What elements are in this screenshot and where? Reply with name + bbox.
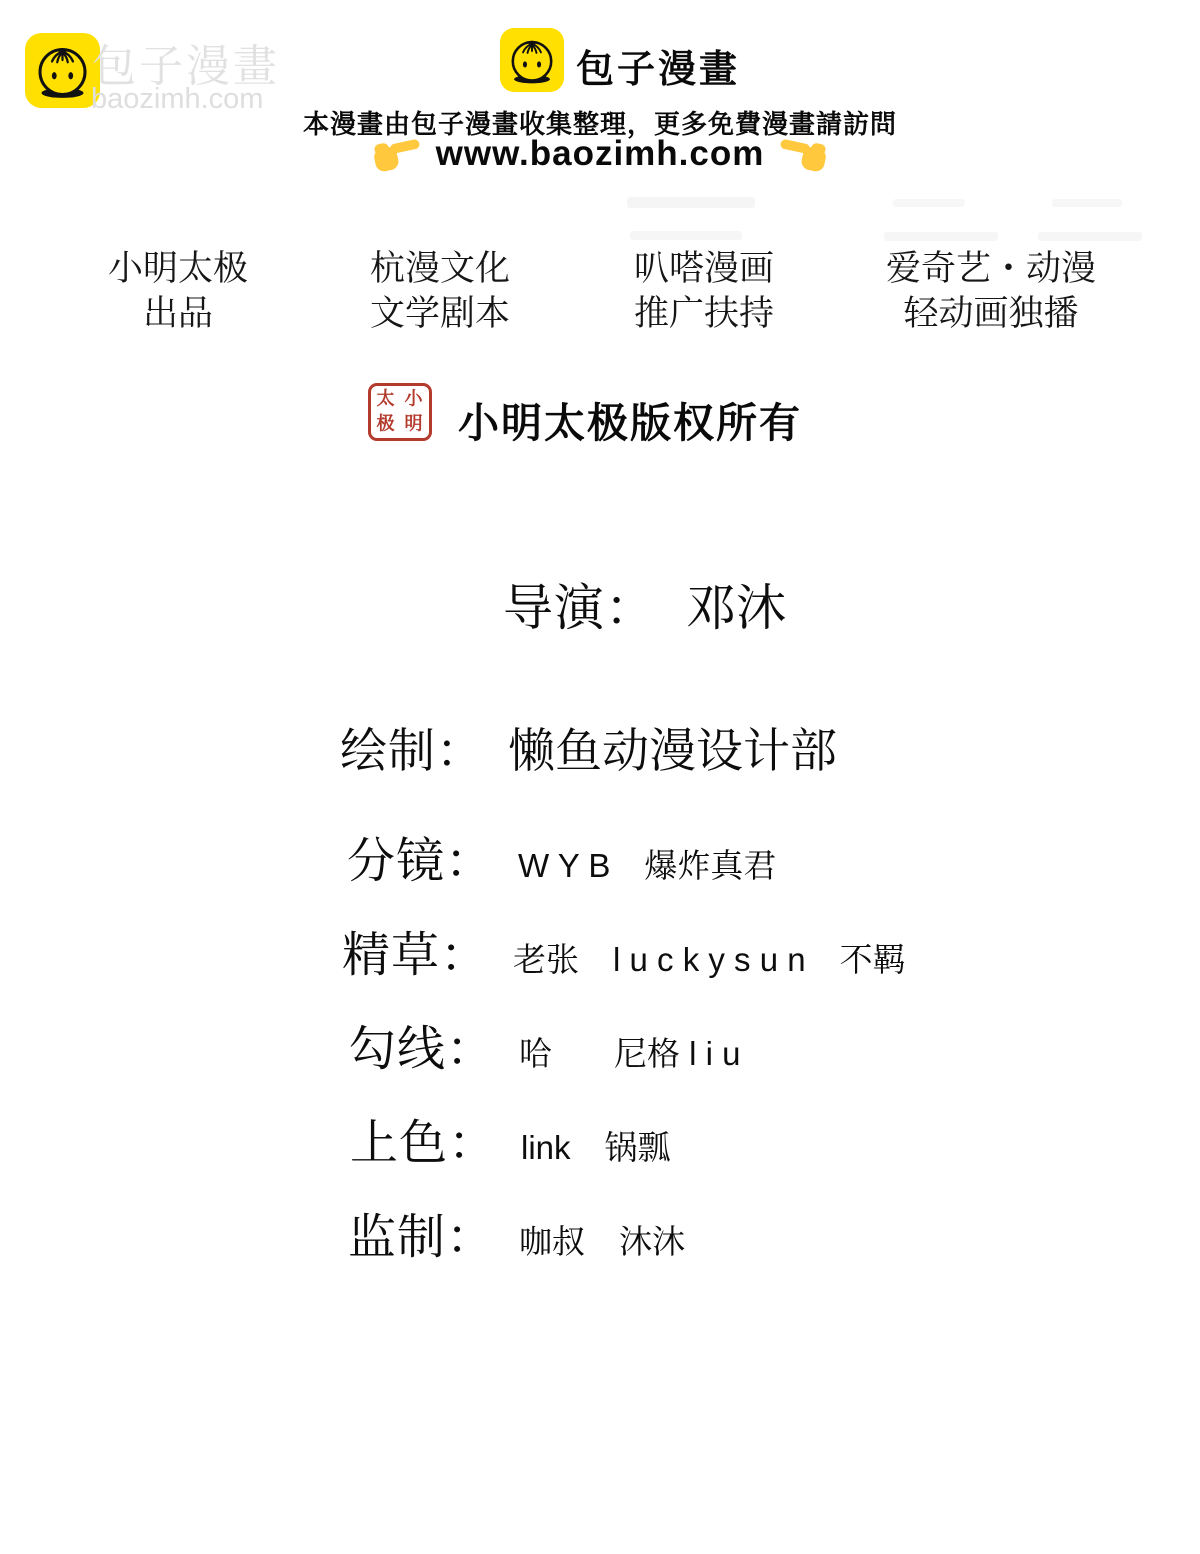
credit-names: 邓沐 [686,568,786,640]
partner-role: 出品 [108,291,248,336]
partner-name: 杭漫文化 [370,246,510,291]
credit-names: 懒鱼动漫设计部 [508,714,837,781]
credit-names: 咖叔沐沐 [519,1216,685,1263]
partner-hangman-culture: 杭漫文化 文学剧本 [370,246,510,336]
partner-name: 叭嗒漫画 [634,246,774,291]
seal-char: 极 [377,415,395,433]
credit-name: link [521,1129,571,1167]
credit-label: 勾线： [348,1010,495,1079]
credit-label: 精草： [342,916,489,985]
partner-role: 推广扶持 [634,291,774,336]
credit-row-coloring: 上色： link锅瓢 [350,1104,671,1173]
credit-names: 老张l u c k y s u n不羁 [513,934,906,981]
credit-name: 尼格 l i u [614,1028,741,1075]
seal-char: 小 [405,390,423,408]
partner-iqiyi-anime: 爱奇艺・动漫 轻动画独播 [886,246,1096,336]
baozi-logo-icon [500,28,564,92]
site-url-row: www.baozimh.com [0,134,1200,174]
pointing-left-icon [775,132,831,176]
watermark-remnant [884,232,998,241]
site-url: www.baozimh.com [436,134,765,174]
credit-name: 不羁 [840,934,906,981]
watermark-remnant [1038,232,1142,241]
copyright-statement: 小明太极版权所有 [458,390,802,449]
partner-name: 爱奇艺・动漫 [886,246,1096,291]
credit-row-director: 导演： 邓沐 [503,568,786,640]
credit-label: 绘制： [340,714,484,781]
credit-name: 懒鱼动漫设计部 [508,714,837,781]
credit-label: 上色： [350,1104,497,1173]
credit-row-supervisor: 监制： 咖叔沐沐 [348,1198,685,1267]
watermark-remnant [893,199,965,207]
watermark-remnant [630,231,742,240]
credit-name: 老张 [513,934,579,981]
comic-credits-page: 包子漫畫 baozimh.com 包子漫畫 本漫畫由包子漫畫收集整理，更多免費漫… [0,0,1200,1554]
credit-name: 锅瓢 [605,1122,671,1169]
credit-name: 爆炸真君 [644,840,776,887]
partner-xiaoming-taiji: 小明太极 出品 [108,246,248,336]
watermark-remnant [627,197,755,208]
credit-row-storyboard: 分镜： W Y B爆炸真君 [347,822,776,891]
credit-label: 监制： [348,1198,495,1267]
baozi-logo-icon [25,33,100,108]
seal-char: 太 [377,390,395,408]
credit-name: l u c k y s u n [613,941,806,979]
credit-name: W Y B [518,847,610,885]
credit-row-art: 绘制： 懒鱼动漫设计部 [340,714,837,781]
credit-label: 导演： [503,568,656,640]
pointing-right-icon [369,132,425,176]
credit-name: 邓沐 [686,568,786,640]
credit-label: 分镜： [347,822,494,891]
partner-name: 小明太极 [108,246,248,291]
credit-row-rough-draft: 精草： 老张l u c k y s u n不羁 [342,916,906,985]
credit-names: W Y B爆炸真君 [518,840,776,887]
partner-role: 文学剧本 [370,291,510,336]
partner-role: 轻动画独播 [886,291,1096,336]
credit-name: 沐沐 [619,1216,685,1263]
seal-char: 明 [405,415,423,433]
credit-names: 哈尼格 l i u [519,1028,741,1075]
credit-row-lineart: 勾线： 哈尼格 l i u [348,1010,741,1079]
watermark-remnant [1052,199,1122,207]
partner-bada-manhua: 叭嗒漫画 推广扶持 [634,246,774,336]
brand-title: 包子漫畫 [576,38,740,93]
credit-names: link锅瓢 [521,1122,671,1169]
credit-name: 咖叔 [519,1216,585,1263]
credit-name: 哈 [519,1028,552,1075]
copyright-seal: 太 小 极 明 [368,383,432,441]
